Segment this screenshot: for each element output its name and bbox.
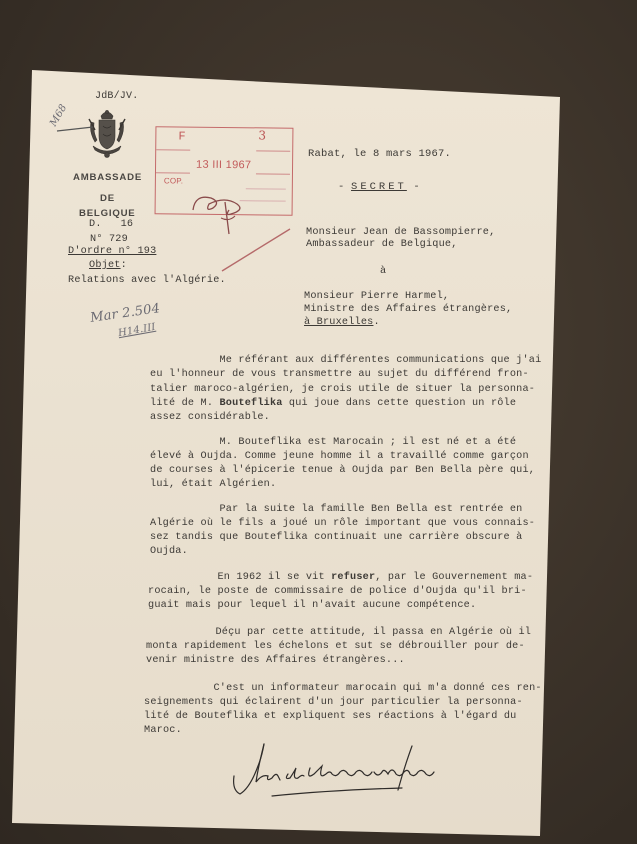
subject-label-colon: : xyxy=(121,260,127,271)
body-line: Maroc. xyxy=(144,725,182,736)
body-text: qui joue dans cette question un rôle xyxy=(283,398,517,409)
body-text: , par le Gouvernement ma- xyxy=(375,572,533,583)
body-line: Par la suite la famille Ben Bella est re… xyxy=(150,504,523,515)
belgian-coat-of-arms-icon xyxy=(85,108,129,160)
classification-dash: - xyxy=(413,181,420,193)
stamp-date: 13 III 1967 xyxy=(196,159,251,172)
body-line: Algérie où le fils a joué un rôle import… xyxy=(150,518,535,529)
body-line: sez tandis que Bouteflika continuait une… xyxy=(150,532,523,543)
body-line: M. Bouteflika est Marocain ; il est né e… xyxy=(150,437,516,448)
body-line: monta rapidement les échelons et sut se … xyxy=(146,641,525,652)
order-number: D'ordre n° 193 xyxy=(68,246,156,257)
stamp-rule xyxy=(256,150,290,151)
embassy-name-line1: AMBASSADE xyxy=(73,172,142,183)
body-line: eu l'honneur de vous transmettre au suje… xyxy=(150,369,529,380)
reference-initials: JdB/JV. xyxy=(95,91,138,102)
body-line: élevé à Oujda. Comme jeune homme il a tr… xyxy=(150,451,529,462)
handwritten-date-note: H14.III xyxy=(117,322,156,339)
body-line: Oujda. xyxy=(150,546,188,557)
subject-label: Objet: xyxy=(89,260,127,271)
body-line: lité de M. Bouteflika qui joue dans cett… xyxy=(150,398,516,409)
classification-secret: - SECRET - xyxy=(338,181,420,193)
classification-dash: - xyxy=(338,181,345,193)
recipient-title: Ministre des Affaires étrangères, xyxy=(304,304,512,315)
subject-label-text: Objet xyxy=(89,260,121,271)
recipient-city: à Bruxelles. xyxy=(304,317,380,328)
n-number: N° 729 xyxy=(90,234,128,245)
stamp-field-f: F xyxy=(178,130,186,144)
stamp-rule xyxy=(246,188,286,189)
to-word: à xyxy=(380,266,386,277)
body-line: lui, était Algérien. xyxy=(150,479,276,490)
handwritten-margin-note: M68 xyxy=(48,103,69,129)
recipient-city-text: à Bruxelles xyxy=(304,317,373,328)
body-line: venir ministre des Affaires étrangères..… xyxy=(146,655,405,666)
body-text: lité de M. xyxy=(150,398,219,409)
place-date: Rabat, le 8 mars 1967. xyxy=(308,148,451,160)
stamp-rule xyxy=(156,172,190,173)
body-text: En 1962 il se vit xyxy=(148,572,331,583)
body-line: En 1962 il se vit refuser, par le Gouver… xyxy=(148,572,533,583)
d-number: D. 16 xyxy=(89,219,133,230)
document: JdB/JV. AMBASSADE DE BELGIQUE D. 16 N° 7… xyxy=(0,0,637,844)
body-line: Me référant aux différentes communicatio… xyxy=(150,355,541,366)
recipient-name: Monsieur Pierre Harmel, xyxy=(304,291,449,302)
body-line: assez considérable. xyxy=(150,412,270,423)
body-line: lité de Bouteflika et expliquent ses réa… xyxy=(144,711,517,722)
stamp-rule xyxy=(256,173,290,174)
embassy-name-line2: DE xyxy=(100,193,115,204)
stamp-cop-label: COP. xyxy=(164,176,183,185)
bold-name-bouteflika: Bouteflika xyxy=(219,398,282,409)
stamp-rule xyxy=(240,200,286,201)
classification-text: SECRET xyxy=(351,181,407,193)
subject-text: Relations avec l'Algérie. xyxy=(68,275,226,286)
body-line: talier maroco-algérien, je crois utile d… xyxy=(150,384,535,395)
body-line: Déçu par cette attitude, il passa en Alg… xyxy=(146,627,531,638)
recipient-city-period: . xyxy=(373,317,379,328)
handwritten-signature: Jean de Bassompierre xyxy=(232,738,482,808)
body-line: guait mais pour lequel il n'avait aucune… xyxy=(148,600,476,611)
sender-name: Monsieur Jean de Bassompierre, xyxy=(306,227,495,238)
reception-stamp: F 3 13 III 1967 COP. xyxy=(155,126,294,215)
sender-title: Ambassadeur de Belgique, xyxy=(306,239,458,250)
red-pencil-arrow xyxy=(218,225,293,275)
body-line: rocain, le poste de commissaire de polic… xyxy=(148,586,527,597)
body-line: C'est un informateur marocain qui m'a do… xyxy=(144,683,542,694)
bold-word-refuser: refuser xyxy=(331,572,375,583)
stamp-field-number: 3 xyxy=(258,128,266,142)
embassy-name-line3: BELGIQUE xyxy=(79,208,136,219)
body-line: de courses à l'épicerie tenue à Oujda pa… xyxy=(150,465,535,476)
body-line: seignements qui éclairent d'un jour part… xyxy=(144,697,523,708)
stamp-rule xyxy=(156,149,190,150)
